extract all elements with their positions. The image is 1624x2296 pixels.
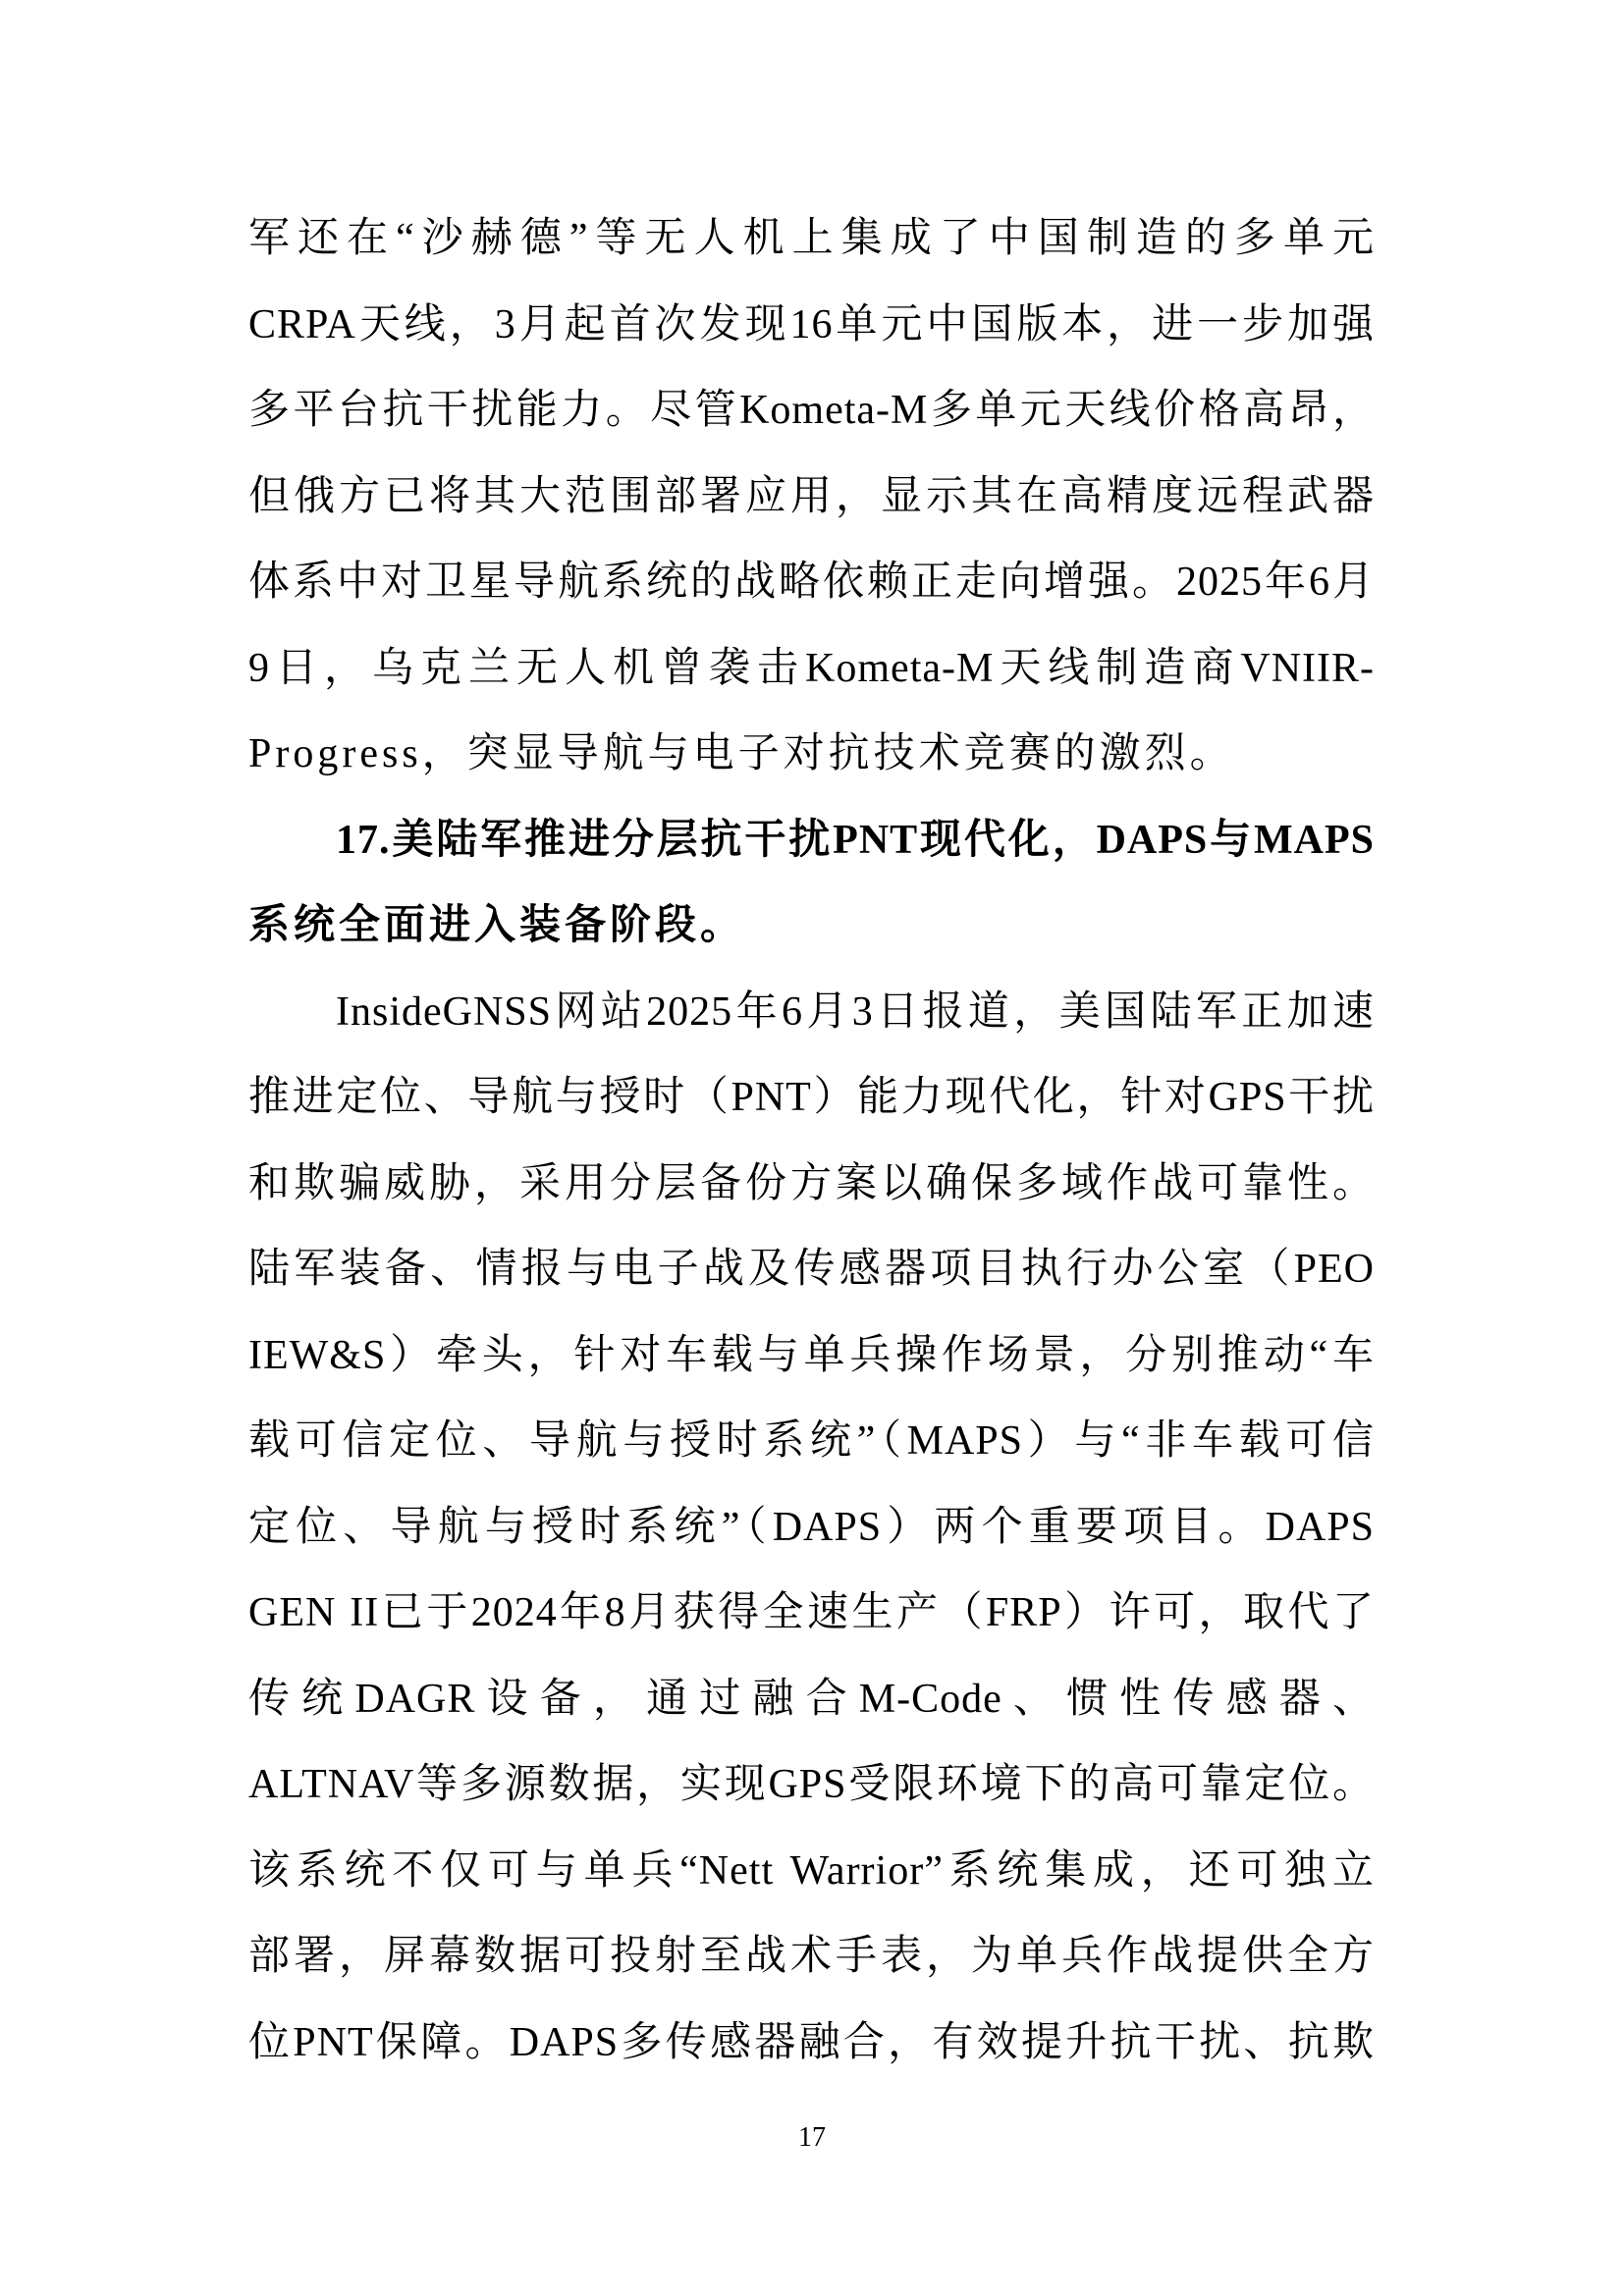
text-line: 和欺骗威胁，采用分层备份方案以确保多域作战可靠性。 — [248, 1159, 1375, 1208]
document-page: 军还在“沙赫德”等无人机上集成了中国制造的多单元 CRPA天线，3月起首次发现1… — [0, 0, 1624, 2296]
text-line: 定位、导航与授时系统”（DAPS）两个重要项目。DAPS — [248, 1503, 1375, 1552]
text-line: 多平台抗干扰能力。尽管Kometa-M多单元天线价格高昂， — [248, 386, 1375, 435]
text-line: CRPA天线，3月起首次发现16单元中国版本，进一步加强 — [248, 300, 1375, 349]
text-line: 但俄方已将其大范围部署应用，显示其在高精度远程武器 — [248, 472, 1375, 521]
text-line: Progress，突显导航与电子对抗技术竞赛的激烈。 — [248, 729, 1375, 778]
text-line: 位PNT保障。DAPS多传感器融合，有效提升抗干扰、抗欺 — [248, 2018, 1375, 2067]
heading-line: 17.美陆军推进分层抗干扰PNT现代化，DAPS与MAPS — [336, 816, 1375, 865]
text-line: 载可信定位、导航与授时系统”（MAPS）与“非车载可信 — [248, 1416, 1375, 1466]
text-line: IEW&S）牵头，针对车载与单兵操作场景，分别推动“车 — [248, 1331, 1375, 1380]
text-line: 军还在“沙赫德”等无人机上集成了中国制造的多单元 — [248, 214, 1375, 263]
text-line: 体系中对卫星导航系统的战略依赖正走向增强。2025年6月 — [248, 558, 1375, 607]
text-line: 部署，屏幕数据可投射至战术手表，为单兵作战提供全方 — [248, 1932, 1375, 1981]
heading-line: 系统全面进入装备阶段。 — [248, 901, 1375, 950]
text-line: GEN II已于2024年8月获得全速生产（FRP）许可，取代了 — [248, 1588, 1375, 1637]
text-line: 陆军装备、情报与电子战及传感器项目执行办公室（PEO — [248, 1245, 1375, 1294]
text-line: 传统DAGR设备，通过融合M-Code、惯性传感器、 — [248, 1675, 1375, 1724]
text-line: 9日，乌克兰无人机曾袭击Kometa-M天线制造商VNIIR- — [248, 644, 1375, 693]
text-line: 推进定位、导航与授时（PNT）能力现代化，针对GPS干扰 — [248, 1073, 1375, 1122]
text-line: InsideGNSS网站2025年6月3日报道，美国陆军正加速 — [336, 988, 1375, 1037]
text-line: ALTNAV等多源数据，实现GPS受限环境下的高可靠定位。 — [248, 1760, 1375, 1809]
page-number: 17 — [763, 2118, 861, 2158]
text-line: 该系统不仅可与单兵“Nett Warrior”系统集成，还可独立 — [248, 1846, 1375, 1896]
